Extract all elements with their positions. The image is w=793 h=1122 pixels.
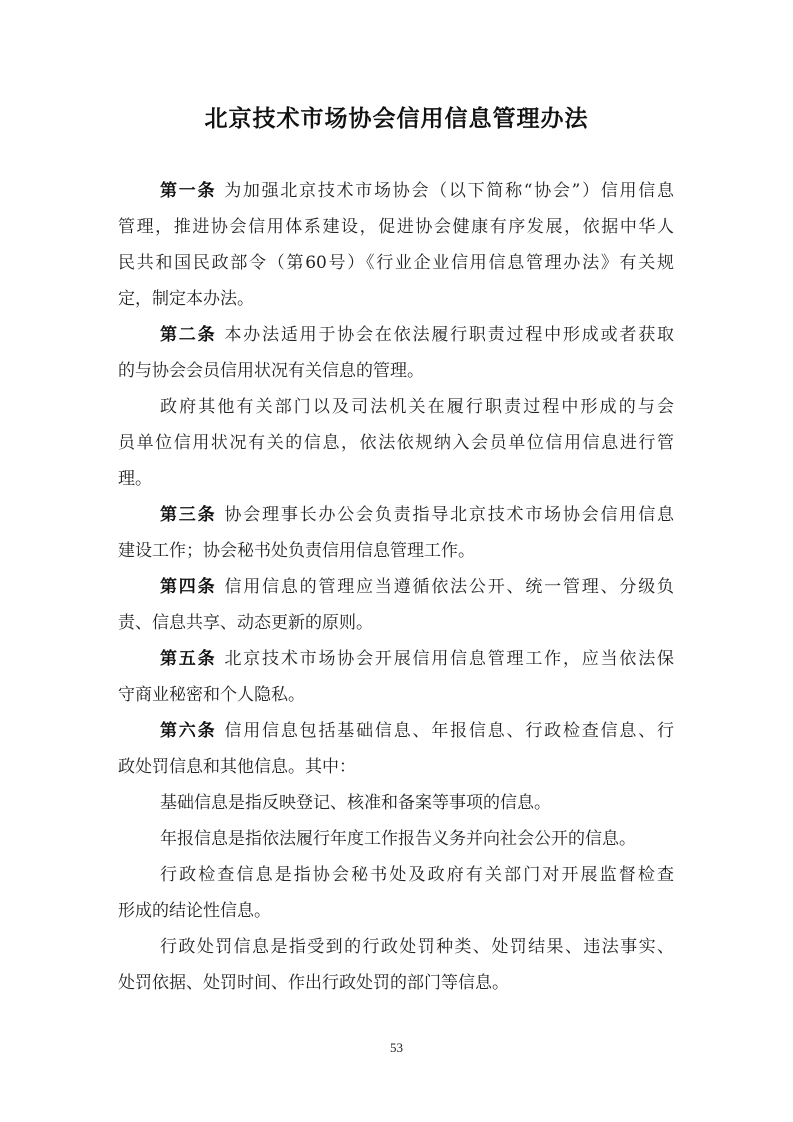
article-6-line-2: 政处罚信息和其他信息。其中：	[118, 755, 674, 779]
article-6-annual-report-info: 年报信息是指依法履行年度工作报告义务并向社会公开的信息。	[160, 827, 674, 851]
article-5-line-1: 第五条北京技术市场协会开展信用信息管理工作，应当依法保	[160, 647, 674, 671]
article-6-inspection-info-line-2: 形成的结论性信息。	[118, 899, 674, 923]
article-6-penalty-info-line-2: 处罚依据、处罚时间、作出行政处罚的部门等信息。	[118, 971, 674, 995]
article-1-label: 第一条	[160, 181, 216, 201]
article-2-para-2-line-2: 员单位信用状况有关的信息，依法依规纳入会员单位信用信息进行管	[118, 431, 674, 455]
document-title: 北京技术市场协会信用信息管理办法	[0, 100, 793, 133]
article-2-line-1: 第二条本办法适用于协会在依法履行职责过程中形成或者获取	[160, 323, 674, 347]
article-3-line-1: 第三条协会理事长办公会负责指导北京技术市场协会信用信息	[160, 503, 674, 527]
article-2-label: 第二条	[160, 325, 216, 345]
article-6-penalty-info-line-1: 行政处罚信息是指受到的行政处罚种类、处罚结果、违法事实、	[160, 935, 674, 959]
article-6-basic-info: 基础信息是指反映登记、核准和备案等事项的信息。	[160, 791, 674, 815]
article-2-para-2-line-3: 理。	[118, 467, 674, 491]
article-4-label: 第四条	[160, 577, 216, 597]
article-1-line-2: 管理，推进协会信用体系建设，促进协会健康有序发展，依据中华人	[118, 215, 674, 239]
article-3-label: 第三条	[160, 505, 216, 525]
article-6-label: 第六条	[160, 721, 216, 741]
article-6-line-1: 第六条信用信息包括基础信息、年报信息、行政检查信息、行	[160, 719, 674, 743]
article-2-para-2-line-1: 政府其他有关部门以及司法机关在履行职责过程中形成的与会	[160, 395, 674, 419]
article-4-line-2: 责、信息共享、动态更新的原则。	[118, 611, 674, 635]
article-5-label: 第五条	[160, 649, 216, 669]
article-3-line-2: 建设工作；协会秘书处负责信用信息管理工作。	[118, 539, 674, 563]
article-4-line-1: 第四条信用信息的管理应当遵循依法公开、统一管理、分级负	[160, 575, 674, 599]
page-number: 53	[0, 1040, 793, 1056]
article-1-line-1: 第一条为加强北京技术市场协会（以下简称“协会”）信用信息	[160, 179, 674, 203]
article-5-line-2: 守商业秘密和个人隐私。	[118, 683, 674, 707]
article-6-inspection-info-line-1: 行政检查信息是指协会秘书处及政府有关部门对开展监督检查	[160, 863, 674, 887]
article-1-line-4: 定，制定本办法。	[118, 287, 674, 311]
article-2-line-2: 的与协会会员信用状况有关信息的管理。	[118, 359, 674, 383]
article-1-line-3: 民共和国民政部令（第60号）《行业企业信用信息管理办法》有关规	[118, 251, 674, 275]
